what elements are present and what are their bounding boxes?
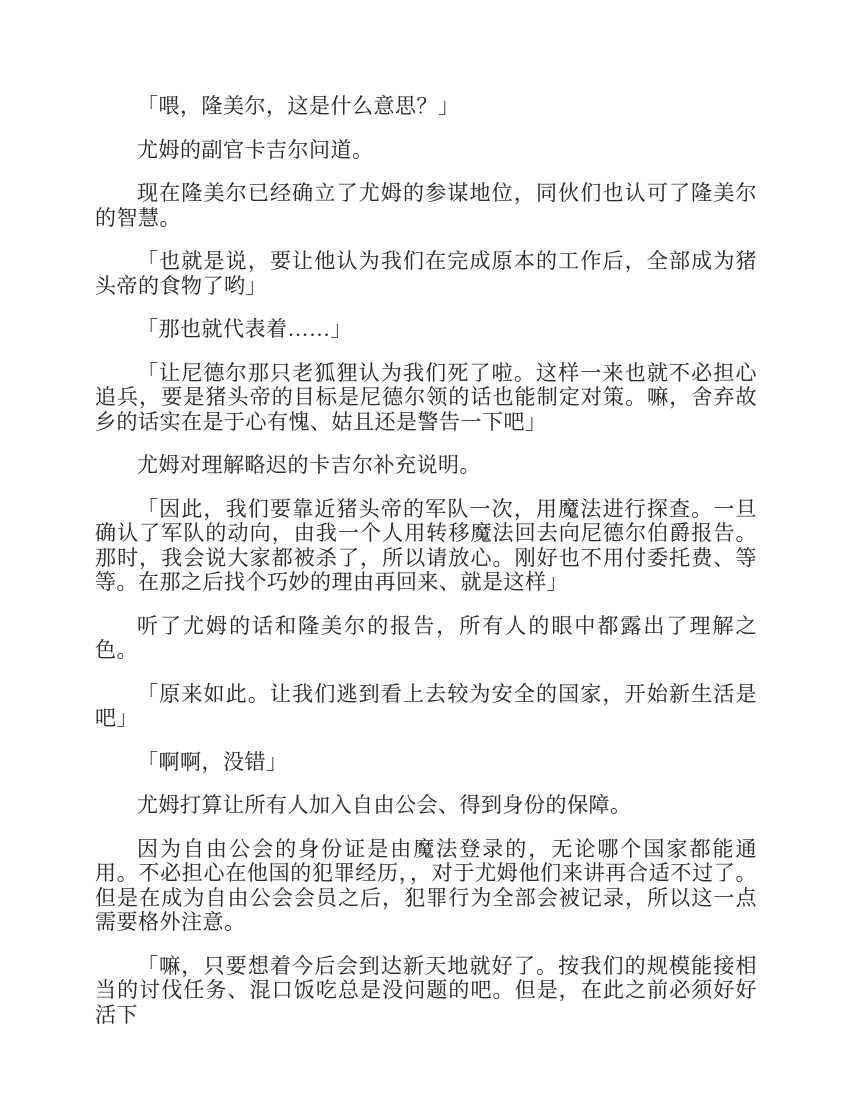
paragraph: 「也就是说，要让他认为我们在完成原本的工作后，全部成为猪头帝的食物了哟」 (95, 249, 757, 298)
paragraph: 「因此，我们要靠近猪头帝的军队一次，用魔法进行探查。一旦确认了军队的动向，由我一… (95, 497, 757, 595)
paragraph: 「原来如此。让我们逃到看上去较为安全的国家，开始新生活是吧」 (95, 682, 757, 731)
novel-page: 「喂，隆美尔，这是什么意思？」 尤姆的副官卡吉尔问道。 现在隆美尔已经确立了尤姆… (95, 94, 757, 1027)
paragraph: 「让尼德尔那只老狐狸认为我们死了啦。这样一来也就不必担心追兵，要是猪头帝的目标是… (95, 361, 757, 435)
paragraph: 「喂，隆美尔，这是什么意思？」 (95, 94, 757, 119)
paragraph: 听了尤姆的话和隆美尔的报告，所有人的眼中都露出了理解之色。 (95, 614, 757, 663)
paragraph: 尤姆的副官卡吉尔问道。 (95, 138, 757, 163)
paragraph: 「啊啊，没错」 (95, 750, 757, 775)
paragraph: 现在隆美尔已经确立了尤姆的参谋地位，同伙们也认可了隆美尔的智慧。 (95, 181, 757, 230)
paragraph: 尤姆打算让所有人加入自由公会、得到身份的保障。 (95, 793, 757, 818)
paragraph: 尤姆对理解略迟的卡吉尔补充说明。 (95, 453, 757, 478)
paragraph: 「嘛，只要想着今后会到达新天地就好了。按我们的规模能接相当的讨伐任务、混口饭吃总… (95, 954, 757, 1028)
paragraph: 「那也就代表着……」 (95, 317, 757, 342)
paragraph: 因为自由公会的身份证是由魔法登录的，无论哪个国家都能通用。不必担心在他国的犯罪经… (95, 837, 757, 935)
